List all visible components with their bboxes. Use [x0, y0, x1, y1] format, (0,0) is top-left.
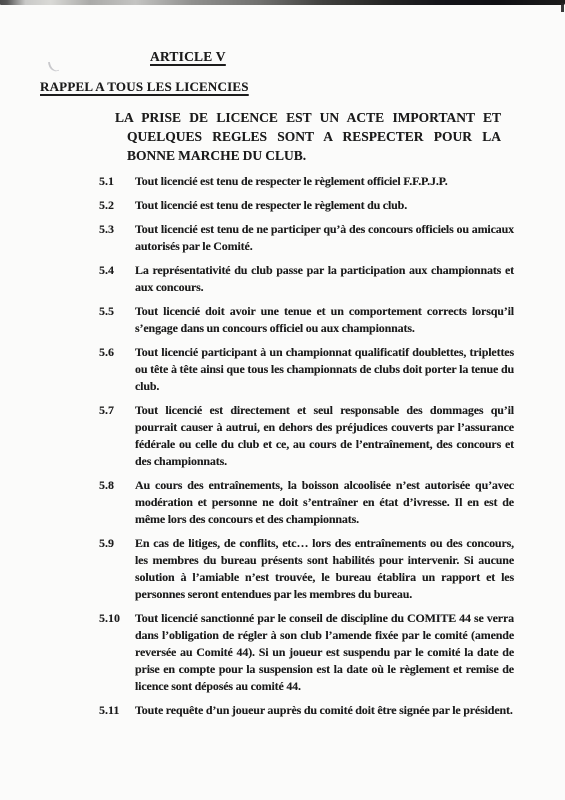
rule-number: 5.6: [99, 344, 135, 395]
rule-text: La représentativité du club passe par la…: [135, 262, 514, 296]
rule-item: 5.4 La représentativité du club passe pa…: [99, 262, 565, 296]
rule-text: Au cours des entraînements, la boisson a…: [135, 477, 514, 528]
rule-number: 5.1: [99, 173, 135, 190]
scan-edge-artifact: [0, 0, 565, 5]
rule-number: 5.8: [99, 477, 135, 528]
rule-text: Tout licencié est tenu de ne participer …: [135, 221, 514, 255]
rule-text: En cas de litiges, de conflits, etc… lor…: [135, 535, 514, 603]
rule-item: 5.1 Tout licencié est tenu de respecter …: [99, 173, 565, 190]
rule-number: 5.5: [99, 303, 135, 337]
rule-item: 5.10 Tout licencié sanctionné par le con…: [99, 610, 565, 695]
scan-smudge-artifact: [48, 60, 59, 73]
rules-list: 5.1 Tout licencié est tenu de respecter …: [99, 173, 565, 719]
rule-text: Tout licencié participant à un championn…: [135, 344, 514, 395]
rule-item: 5.7 Tout licencié est directement et seu…: [99, 402, 565, 470]
rule-number: 5.3: [99, 221, 135, 255]
scan-corner-tick-artifact: [561, 3, 564, 12]
rule-text: Tout licencié est tenu de respecter le r…: [135, 197, 514, 214]
rule-number: 5.2: [99, 197, 135, 214]
rule-item: 5.2 Tout licencié est tenu de respecter …: [99, 197, 565, 214]
rule-item: 5.3 Tout licencié est tenu de ne partici…: [99, 221, 565, 255]
section-heading: RAPPEL A TOUS LES LICENCIES: [40, 79, 565, 95]
rule-number: 5.7: [99, 402, 135, 470]
rule-item: 5.5 Tout licencié doit avoir une tenue e…: [99, 303, 565, 337]
rule-item: 5.11 Toute requête d’un joueur auprès du…: [99, 702, 565, 719]
article-title: ARTICLE V: [150, 0, 565, 65]
rule-item: 5.8 Au cours des entraînements, la boiss…: [99, 477, 565, 528]
rule-text: Toute requête d’un joueur auprès du comi…: [135, 702, 514, 719]
rule-number: 5.11: [99, 702, 135, 719]
rule-number: 5.10: [99, 610, 135, 695]
rule-text: Tout licencié sanctionné par le conseil …: [135, 610, 514, 695]
intro-paragraph: LA PRISE DE LICENCE EST UN ACTE IMPORTAN…: [127, 108, 501, 165]
rule-number: 5.4: [99, 262, 135, 296]
rule-item: 5.6 Tout licencié participant à un champ…: [99, 344, 565, 395]
rule-number: 5.9: [99, 535, 135, 603]
document-page: ARTICLE V RAPPEL A TOUS LES LICENCIES LA…: [0, 0, 565, 800]
rule-text: Tout licencié est tenu de respecter le r…: [135, 173, 514, 190]
rule-text: Tout licencié doit avoir une tenue et un…: [135, 303, 514, 337]
rule-item: 5.9 En cas de litiges, de conflits, etc……: [99, 535, 565, 603]
rule-text: Tout licencié est directement et seul re…: [135, 402, 514, 470]
